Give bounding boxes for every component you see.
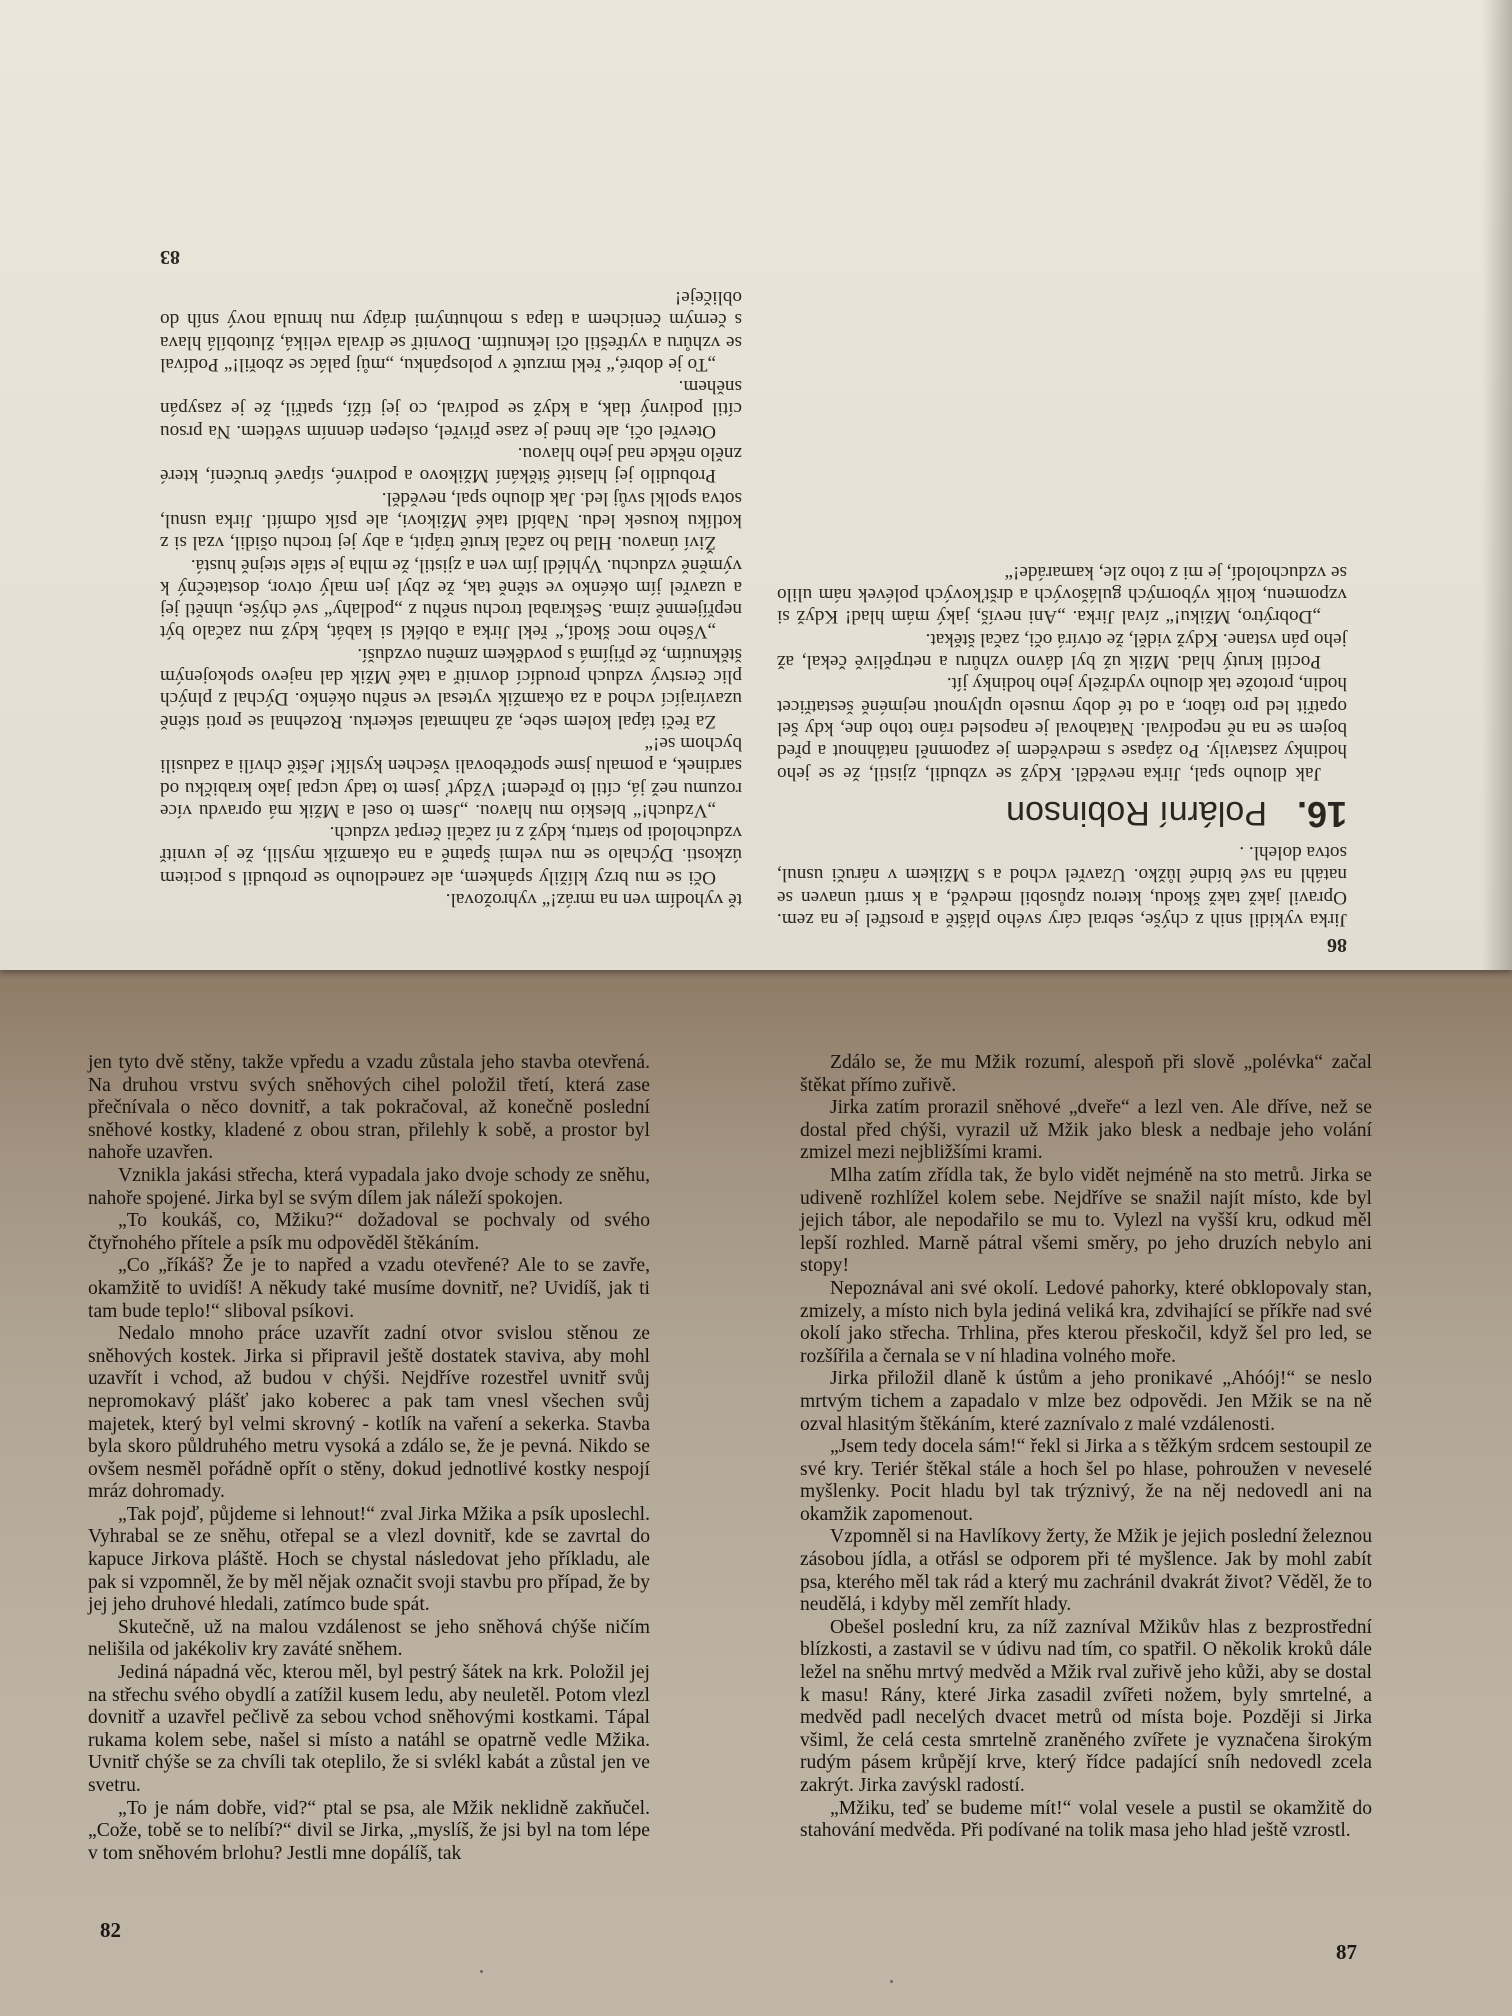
paragraph: Jediná nápadná věc, kterou měl, byl pest… [88, 1662, 650, 1798]
page-number-86: 86 [1327, 934, 1347, 956]
paragraph: „Vzduch!“ bleskio mu hlavou. „Jsem to os… [160, 732, 742, 821]
chapter-heading: 16. Polární Robinson [777, 802, 1347, 825]
paragraph: „Jsem tedy docela sám!“ řekl si Jirka a … [800, 1436, 1372, 1526]
paragraph: Skutečně, už na malou vzdálenost se jeho… [88, 1617, 650, 1662]
lower-sheet: jen tyto dvě stěny, takže vpředu a vzadu… [0, 970, 1512, 2016]
upper-sheet-upside-down: 86 Jirka vykidil snih z chýše, sebral cá… [0, 0, 1512, 970]
paragraph: „To koukáš, co, Mžiku?“ dožadoval se poc… [88, 1210, 650, 1255]
paragraph: jen tyto dvě stěny, takže vpředu a vzadu… [88, 1052, 650, 1165]
page-number-82: 82 [100, 1918, 121, 1943]
paragraph: Jirka vykidil snih z chýše, sebral cáry … [777, 841, 1347, 930]
chapter-number: 16. [1297, 803, 1347, 825]
paragraph: Jirka zatím prorazil sněhové „dveře“ a l… [800, 1097, 1372, 1165]
paragraph: Mlha zatím zřídla tak, že bylo vidět nej… [800, 1165, 1372, 1278]
paragraph: „Všeho moc škodí,“ řekl Jirka a oblékl s… [160, 553, 742, 642]
paragraph: Obešel poslední kru, za níž zazníval Mži… [800, 1617, 1372, 1798]
paragraph: Nedalo mnoho práce uzavřít zadní otvor s… [88, 1323, 650, 1504]
paragraph: tě vyhodím ven na mráz!“ vyhrožoval. [160, 888, 742, 910]
paragraph: „Mžiku, teď se budeme mít!“ volal vesele… [800, 1798, 1372, 1843]
rotated-spread: 86 Jirka vykidil snih z chýše, sebral cá… [0, 0, 1512, 970]
paragraph: „Co „říkáš? Že je to napřed a vzadu otev… [88, 1255, 650, 1323]
paragraph: Za řeči tápal kolem sebe, až nahmatal se… [160, 642, 742, 731]
paragraph: Jirka přiložil dlaně k ústům a jeho pron… [800, 1368, 1372, 1436]
page-87-text: Zdálo se, že mu Mžik rozumí, alespoň při… [800, 1052, 1372, 1843]
paper-speck [890, 1980, 893, 1983]
page-number-83: 83 [160, 246, 180, 268]
paragraph: Otevřel oči, ale hned je zase přivřel, o… [160, 375, 742, 442]
paper-speck [480, 1970, 483, 1973]
paragraph: Zdálo se, že mu Mžik rozumí, alespoň při… [800, 1052, 1372, 1097]
paragraph: Vzpomněl si na Havlíkovy žerty, že Mžik … [800, 1526, 1372, 1616]
paragraph: Probudilo jej hlasité štěkání Mžikovo a … [160, 442, 742, 487]
page-82-text: jen tyto dvě stěny, takže vpředu a vzadu… [88, 1052, 650, 1865]
paragraph: „Dobrýtro, Mžiku!“ zíval Jirka. „Ani nev… [777, 561, 1347, 628]
paragraph: Pocítil krutý hlad. Mžik už byl dávno vz… [777, 627, 1347, 672]
paragraph: „To je dobré,“ řekl mrzutě v polospánku,… [160, 286, 742, 375]
paragraph: Živí únavou. Hlad ho začal krutě trápit,… [160, 486, 742, 553]
sheet-edge-shadow [1482, 0, 1512, 970]
paragraph: Oči se mu brzy klížily spánkem, ale zane… [160, 821, 742, 888]
paragraph: „To je nám dobře, vid?“ ptal se psa, ale… [88, 1798, 650, 1866]
paragraph: Vznikla jakási střecha, která vypadala j… [88, 1165, 650, 1210]
page-83: tě vyhodím ven na mráz!“ vyhrožoval. Oči… [160, 286, 742, 910]
page-number-87: 87 [1336, 1940, 1357, 1965]
paragraph: „Tak pojď, půjdeme si lehnout!“ zval Jir… [88, 1504, 650, 1617]
chapter-title: Polární Robinson [1006, 802, 1267, 824]
paragraph: Nepoznával ani své okolí. Ledové pahorky… [800, 1278, 1372, 1368]
page-86: 86 Jirka vykidil snih z chýše, sebral cá… [777, 561, 1347, 930]
paragraph: Jak dlouho spal, Jirka nevěděl. Když se … [777, 672, 1347, 783]
